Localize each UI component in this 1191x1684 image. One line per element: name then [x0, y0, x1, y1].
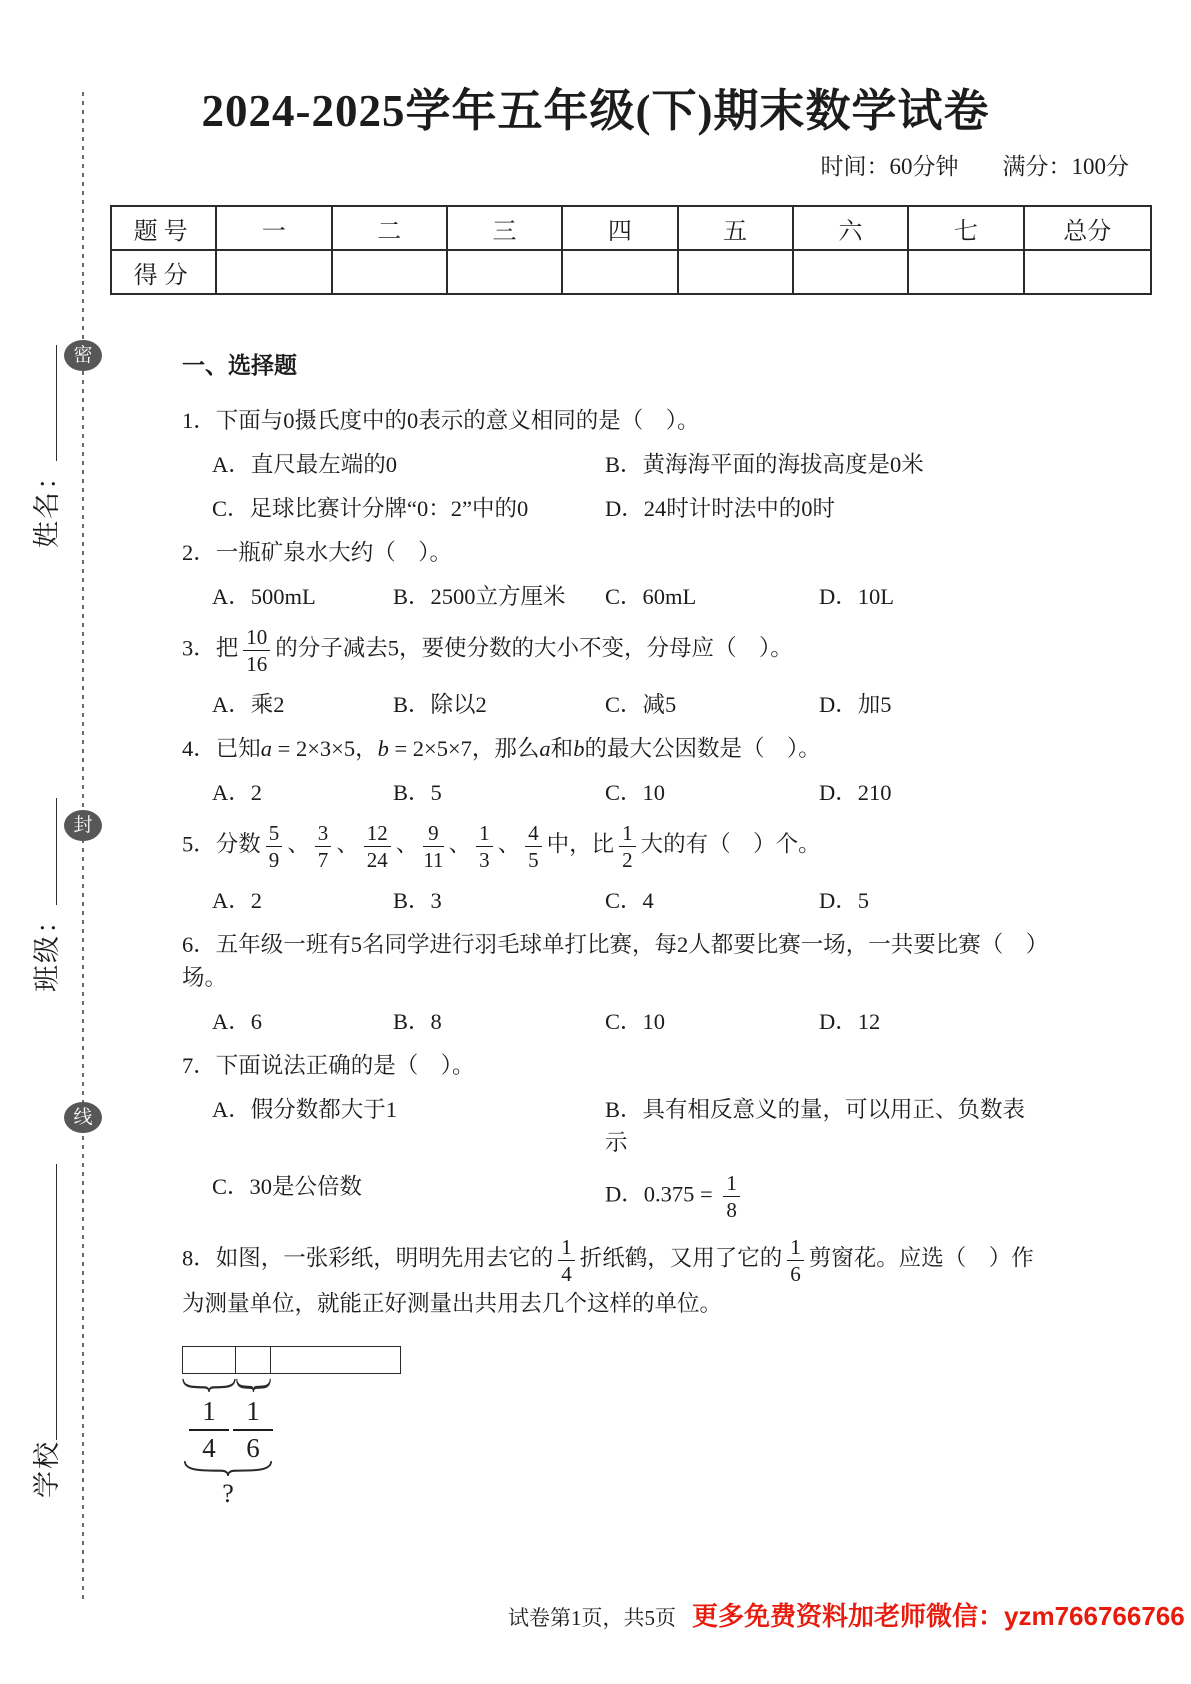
question-1-options-ab: A．直尺最左端的0 B．黄海海平面的海拔高度是0米 [182, 448, 1043, 481]
col-2: 二 [332, 206, 447, 250]
q4-option-a: A．2 [212, 776, 393, 809]
strip-segment-quarter [182, 1346, 236, 1374]
q2-option-c: C．60mL [605, 580, 819, 613]
page-footer: 试卷第1页，共5页 更多免费资料加老师微信：yzm766766766 [0, 1596, 1191, 1633]
page-number-info: 试卷第1页，共5页 [508, 1602, 676, 1632]
fraction: 13 [476, 822, 493, 871]
score-cell [1024, 250, 1152, 294]
score-cell [793, 250, 908, 294]
fraction: 18 [723, 1172, 740, 1221]
q2-option-d: D．10L [819, 580, 1043, 613]
question-3-options: A．乘2 B．除以2 C．减5 D．加5 [182, 688, 1043, 721]
variable-a: a [539, 736, 550, 761]
q7-option-c: C．30是公倍数 [212, 1170, 605, 1223]
question-7-stem: 7．下面说法正确的是（ ）。 [182, 1049, 1043, 1082]
fraction: 59 [266, 822, 283, 871]
q2-option-a: A．500mL [212, 580, 393, 613]
col-4: 四 [562, 206, 677, 250]
fraction: 12 [619, 822, 636, 871]
fraction: 911 [423, 822, 443, 871]
q7-option-d: D．0.375 = 18 [605, 1170, 1043, 1223]
page-title: 2024-2025学年五年级(下)期末数学试卷 [0, 0, 1191, 138]
q4-option-c: C．10 [605, 776, 819, 809]
score-label: 得分 [111, 250, 216, 294]
underbrace-icon [236, 1377, 271, 1392]
q2-option-b: B．2500立方厘米 [393, 580, 605, 613]
section-title: 一、选择题 [182, 347, 1043, 380]
underbrace-icon [183, 1459, 273, 1476]
col-5: 五 [678, 206, 793, 250]
question-1-stem: 1．下面与0摄氏度中的0表示的意义相同的是（ ）。 [182, 404, 1043, 437]
q3-option-c: C．减5 [605, 688, 819, 721]
score-cell [332, 250, 447, 294]
q3-option-d: D．加5 [819, 688, 1043, 721]
col-3: 三 [447, 206, 562, 250]
q6-option-a: A．6 [212, 1005, 393, 1038]
question-mark-label: ? [215, 1479, 241, 1509]
q6-option-b: B．8 [393, 1005, 605, 1038]
variable-b: b [378, 736, 389, 761]
question-5-options: A．2 B．3 C．4 D．5 [182, 884, 1043, 917]
score-cell [908, 250, 1023, 294]
question-7-options-cd: C．30是公倍数 D．0.375 = 18 [182, 1170, 1043, 1223]
question-6-stem: 6．五年级一班有5名同学进行羽毛球单打比赛，每2人都要比赛一场，一共要比赛（ ）… [182, 928, 1043, 994]
score-table: 题号 一 二 三 四 五 六 七 总分 得分 [110, 205, 1152, 295]
strip-segment-sixth [236, 1346, 271, 1374]
fraction-one-sixth: 16 [233, 1398, 273, 1462]
paper-strip-diagram [182, 1346, 401, 1374]
q3-stem-prefix: 3．把 [182, 636, 238, 661]
question-7-options-ab: A．假分数都大于1 B．具有相反意义的量，可以用正、负数表示 [182, 1093, 1043, 1159]
fraction: 37 [315, 822, 332, 871]
q1-option-d: D．24时计时法中的0时 [605, 492, 1043, 525]
fraction: 45 [525, 822, 542, 871]
q8-figure: 14 16 ? [182, 1346, 1043, 1514]
q3-stem-suffix: 的分子减去5，要使分数的大小不变，分母应（ ）。 [275, 636, 793, 661]
q6-option-d: D．12 [819, 1005, 1043, 1038]
question-1-options-cd: C．足球比赛计分牌“0：2”中的0 D．24时计时法中的0时 [182, 492, 1043, 525]
q1-option-b: B．黄海海平面的海拔高度是0米 [605, 448, 1043, 481]
q7-option-b: B．具有相反意义的量，可以用正、负数表示 [605, 1093, 1043, 1159]
exam-paper-page: 密 封 线 姓名： 班级： 学校 2024-2025学年五年级(下)期末数学试卷… [0, 0, 1191, 1684]
col-7: 七 [908, 206, 1023, 250]
question-5-stem: 5．分数59、37、1224、911、13、45中，比12大的有（ ）个。 [182, 820, 1043, 873]
full-score: 满分：100分 [1003, 154, 1130, 179]
score-cell [678, 250, 793, 294]
col-total: 总分 [1024, 206, 1152, 250]
exam-meta: 时间：60分钟满分：100分 [0, 148, 1191, 181]
question-2-options: A．500mL B．2500立方厘米 C．60mL D．10L [182, 580, 1043, 613]
fraction-one-fourth: 14 [189, 1398, 229, 1462]
score-table-header-row: 题号 一 二 三 四 五 六 七 总分 [111, 206, 1151, 250]
footer-promo: 更多免费资料加老师微信：yzm766766766 [692, 1596, 1185, 1633]
score-cell [447, 250, 562, 294]
score-cell [562, 250, 677, 294]
q5-option-a: A．2 [212, 884, 393, 917]
q1-option-c: C．足球比赛计分牌“0：2”中的0 [212, 492, 605, 525]
variable-a: a [261, 736, 272, 761]
q5-option-c: C．4 [605, 884, 819, 917]
underbrace-icon [182, 1377, 236, 1392]
question-3-stem: 3．把1016的分子减去5，要使分数的大小不变，分母应（ ）。 [182, 624, 1043, 677]
q6-option-c: C．10 [605, 1005, 819, 1038]
strip-segment-rest [271, 1346, 401, 1374]
question-2-stem: 2．一瓶矿泉水大约（ ）。 [182, 536, 1043, 569]
q1-option-a: A．直尺最左端的0 [212, 448, 605, 481]
question-8-stem: 8．如图，一张彩纸，明明先用去它的14折纸鹤，又用了它的16剪窗花。应选（ ）作… [182, 1234, 1043, 1320]
col-1: 一 [216, 206, 331, 250]
question-4-options: A．2 B．5 C．10 D．210 [182, 776, 1043, 809]
score-table-score-row: 得分 [111, 250, 1151, 294]
q3-option-b: B．除以2 [393, 688, 605, 721]
variable-b: b [573, 736, 584, 761]
q7-option-a: A．假分数都大于1 [212, 1093, 605, 1159]
fraction: 1224 [364, 822, 391, 871]
fraction: 16 [787, 1236, 804, 1285]
question-number-label: 题号 [111, 206, 216, 250]
col-6: 六 [793, 206, 908, 250]
q5-option-d: D．5 [819, 884, 1043, 917]
q4-option-b: B．5 [393, 776, 605, 809]
question-4-stem: 4．已知a = 2×3×5，b = 2×5×7，那么a和b的最大公因数是（ ）。 [182, 732, 1043, 765]
score-cell [216, 250, 331, 294]
q3-option-a: A．乘2 [212, 688, 393, 721]
q4-option-d: D．210 [819, 776, 1043, 809]
fraction: 14 [558, 1236, 575, 1285]
question-6-options: A．6 B．8 C．10 D．12 [182, 1005, 1043, 1038]
time-limit: 时间：60分钟 [821, 154, 959, 179]
questions-section: 一、选择题 1．下面与0摄氏度中的0表示的意义相同的是（ ）。 A．直尺最左端的… [0, 347, 1043, 1514]
q5-option-b: B．3 [393, 884, 605, 917]
fraction: 1016 [243, 626, 270, 675]
